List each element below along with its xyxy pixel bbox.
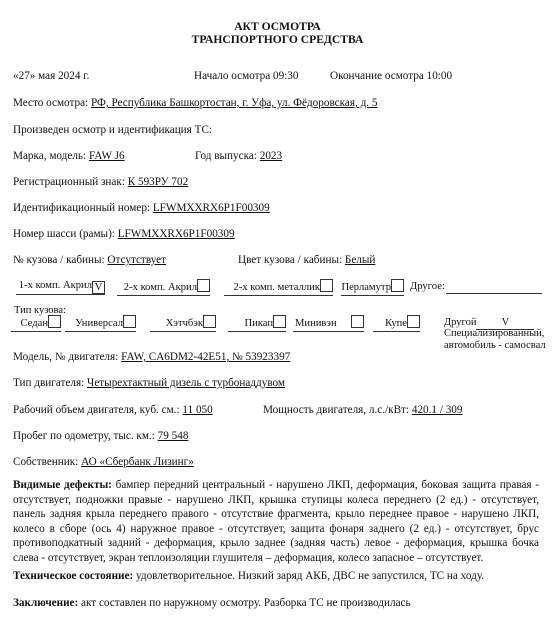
- engine-model-label: Модель, № двигателя:: [13, 351, 121, 363]
- conclusion: Заключение: акт составлен по наружному о…: [13, 597, 411, 610]
- displacement-label: Рабочий объем двигателя, куб. см.:: [13, 404, 182, 416]
- body-type-hatchback[interactable]: Хэтчбэк: [150, 315, 216, 332]
- engine-displacement: Рабочий объем двигателя, куб. см.: 11 05…: [13, 404, 213, 417]
- inspection-place: Место осмотра: РФ, Республика Башкортост…: [13, 97, 378, 110]
- paint-option-label: 1-х комп. Акрил: [16, 279, 92, 293]
- inspection-date: «27» мая 2024 г.: [13, 70, 89, 83]
- body-type-checkbox[interactable]: [407, 315, 420, 328]
- body-type-coupe[interactable]: Купе: [373, 315, 420, 332]
- paint-option-checkbox[interactable]: [197, 279, 210, 292]
- power-label: Мощность двигателя, л.с./кВт:: [263, 404, 412, 416]
- body-type-pickup[interactable]: Пикап: [228, 315, 286, 332]
- conclusion-text: акт составлен по наружному осмотру. Разб…: [78, 597, 410, 609]
- owner-label: Собственник:: [13, 456, 81, 468]
- conclusion-label: Заключение:: [13, 597, 78, 609]
- paint-option-label: 2-х комп. металлик: [224, 281, 320, 295]
- body-color-value: Белый: [345, 254, 375, 266]
- engine-model: Модель, № двигателя: FAW, CA6DM2-42E51, …: [13, 351, 290, 364]
- paint-option-checkbox[interactable]: V: [92, 281, 105, 294]
- vin-number: Идентификационный номер: LFWMXXRX6P1F003…: [13, 202, 270, 215]
- body-type-minivan[interactable]: Минивэн: [293, 315, 364, 332]
- tech-state-label: Техническое состояние:: [13, 570, 133, 582]
- body-number-value: Отсутствует: [107, 254, 166, 266]
- body-type-sedan[interactable]: Седан: [11, 315, 61, 332]
- registration-plate: Регистрационный знак: К 593РУ 702: [13, 176, 188, 189]
- chassis-value: LFWMXXRX6P1F00309: [118, 228, 235, 240]
- paint-option-2k-acrylic[interactable]: 2-х комп. Акрил: [117, 279, 210, 296]
- reg-plate-label: Регистрационный знак:: [13, 176, 128, 188]
- vin-label: Идентификационный номер:: [13, 202, 153, 214]
- technical-state: Техническое состояние: удовлетворительно…: [13, 570, 484, 583]
- body-type-label: Хэтчбэк: [150, 317, 203, 331]
- body-color-label: Цвет кузова / кабины:: [238, 254, 345, 266]
- body-number: № кузова / кабины: Отсутствует: [13, 254, 166, 267]
- body-type-checkbox[interactable]: [351, 315, 364, 328]
- body-type-label: Купе: [373, 317, 407, 331]
- make-model-label: Марка, модель:: [13, 150, 89, 162]
- body-type-checkbox[interactable]: [123, 315, 136, 328]
- body-number-label: № кузова / кабины:: [13, 254, 107, 266]
- displacement-value: 11 050: [182, 404, 212, 416]
- document-title-line1: АКТ ОСМОТРА: [0, 20, 555, 33]
- body-type-label: Универсал: [65, 317, 123, 331]
- paint-option-2k-metallic[interactable]: 2-х комп. металлик: [224, 279, 333, 296]
- year-label: Год выпуска:: [195, 150, 260, 162]
- body-type-other-label: Другой: [444, 317, 476, 328]
- vehicle-owner: Собственник: АО «Сбербанк Лизинг»: [13, 456, 194, 469]
- visible-defects: Видимые дефекты: бампер передний централ…: [13, 478, 539, 566]
- engine-model-value: FAW, CA6DM2-42E51, № 53923397: [121, 351, 290, 363]
- engine-type-value: Четырехтактный дизель с турбонаддувом: [87, 377, 285, 389]
- body-color: Цвет кузова / кабины: Белый: [238, 254, 375, 267]
- make-model: Марка, модель: FAW J6: [13, 150, 125, 163]
- paint-option-1k-acrylic[interactable]: 1-х комп. АкрилV: [16, 279, 105, 295]
- paint-option-label: Перламутр: [341, 281, 391, 295]
- reg-plate-value: К 593РУ 702: [128, 176, 188, 188]
- identification-heading: Произведен осмотр и идентификация ТС:: [13, 124, 212, 137]
- chassis-label: Номер шасси (рамы):: [13, 228, 118, 240]
- engine-type: Тип двигателя: Четырехтактный дизель с т…: [13, 377, 285, 390]
- body-type-wagon[interactable]: Универсал: [65, 315, 136, 332]
- paint-option-label: 2-х комп. Акрил: [117, 281, 197, 295]
- mileage-label: Пробег по одометру, тыс. км.:: [13, 430, 158, 442]
- inspection-start-time: Начало осмотра 09:30: [194, 70, 299, 83]
- inspection-end-time: Окончание осмотра 10:00: [330, 70, 452, 83]
- inspection-place-value: РФ, Республика Башкортостан, г. Уфа, ул.…: [91, 97, 378, 109]
- body-type-label: Пикап: [228, 317, 273, 331]
- chassis-number: Номер шасси (рамы): LFWMXXRX6P1F00309: [13, 228, 235, 241]
- paint-other-label: Другое:: [410, 280, 445, 293]
- body-type-checkbox[interactable]: [273, 315, 286, 328]
- engine-power: Мощность двигателя, л.с./кВт: 420.1 / 30…: [263, 404, 463, 417]
- paint-option-pearl[interactable]: Перламутр: [341, 279, 404, 296]
- document-title-line2: ТРАНСПОРТНОГО СРЕДСТВА: [0, 33, 555, 46]
- defects-label: Видимые дефекты:: [13, 479, 112, 491]
- vin-value: LFWMXXRX6P1F00309: [153, 202, 270, 214]
- body-type-label: Минивэн: [293, 317, 351, 331]
- paint-option-checkbox[interactable]: [391, 279, 404, 292]
- inspection-place-label: Место осмотра:: [13, 97, 91, 109]
- paint-other-field[interactable]: [446, 293, 542, 294]
- body-type-checkbox[interactable]: [48, 315, 61, 328]
- odometer-mileage: Пробег по одометру, тыс. км.: 79 548: [13, 430, 188, 443]
- body-type-other-desc-line2: автомобиль - самосвал: [444, 340, 546, 352]
- body-type-label: Седан: [11, 317, 48, 331]
- tech-state-text: удовлетворительное. Низкий заряд АКБ, ДВ…: [133, 570, 484, 582]
- mileage-value: 79 548: [158, 430, 189, 442]
- make-model-value: FAW J6: [89, 150, 125, 162]
- manufacture-year: Год выпуска: 2023: [195, 150, 282, 163]
- body-type-checkbox[interactable]: [203, 315, 216, 328]
- paint-option-checkbox[interactable]: [320, 279, 333, 292]
- engine-type-label: Тип двигателя:: [13, 377, 87, 389]
- body-type-other-desc-line1: Специализированный,: [444, 328, 544, 340]
- year-value: 2023: [260, 150, 282, 162]
- power-value: 420.1 / 309: [412, 404, 463, 416]
- owner-value: АО «Сбербанк Лизинг»: [81, 456, 194, 468]
- defects-text: бампер передний центральный - нарушено Л…: [13, 479, 539, 564]
